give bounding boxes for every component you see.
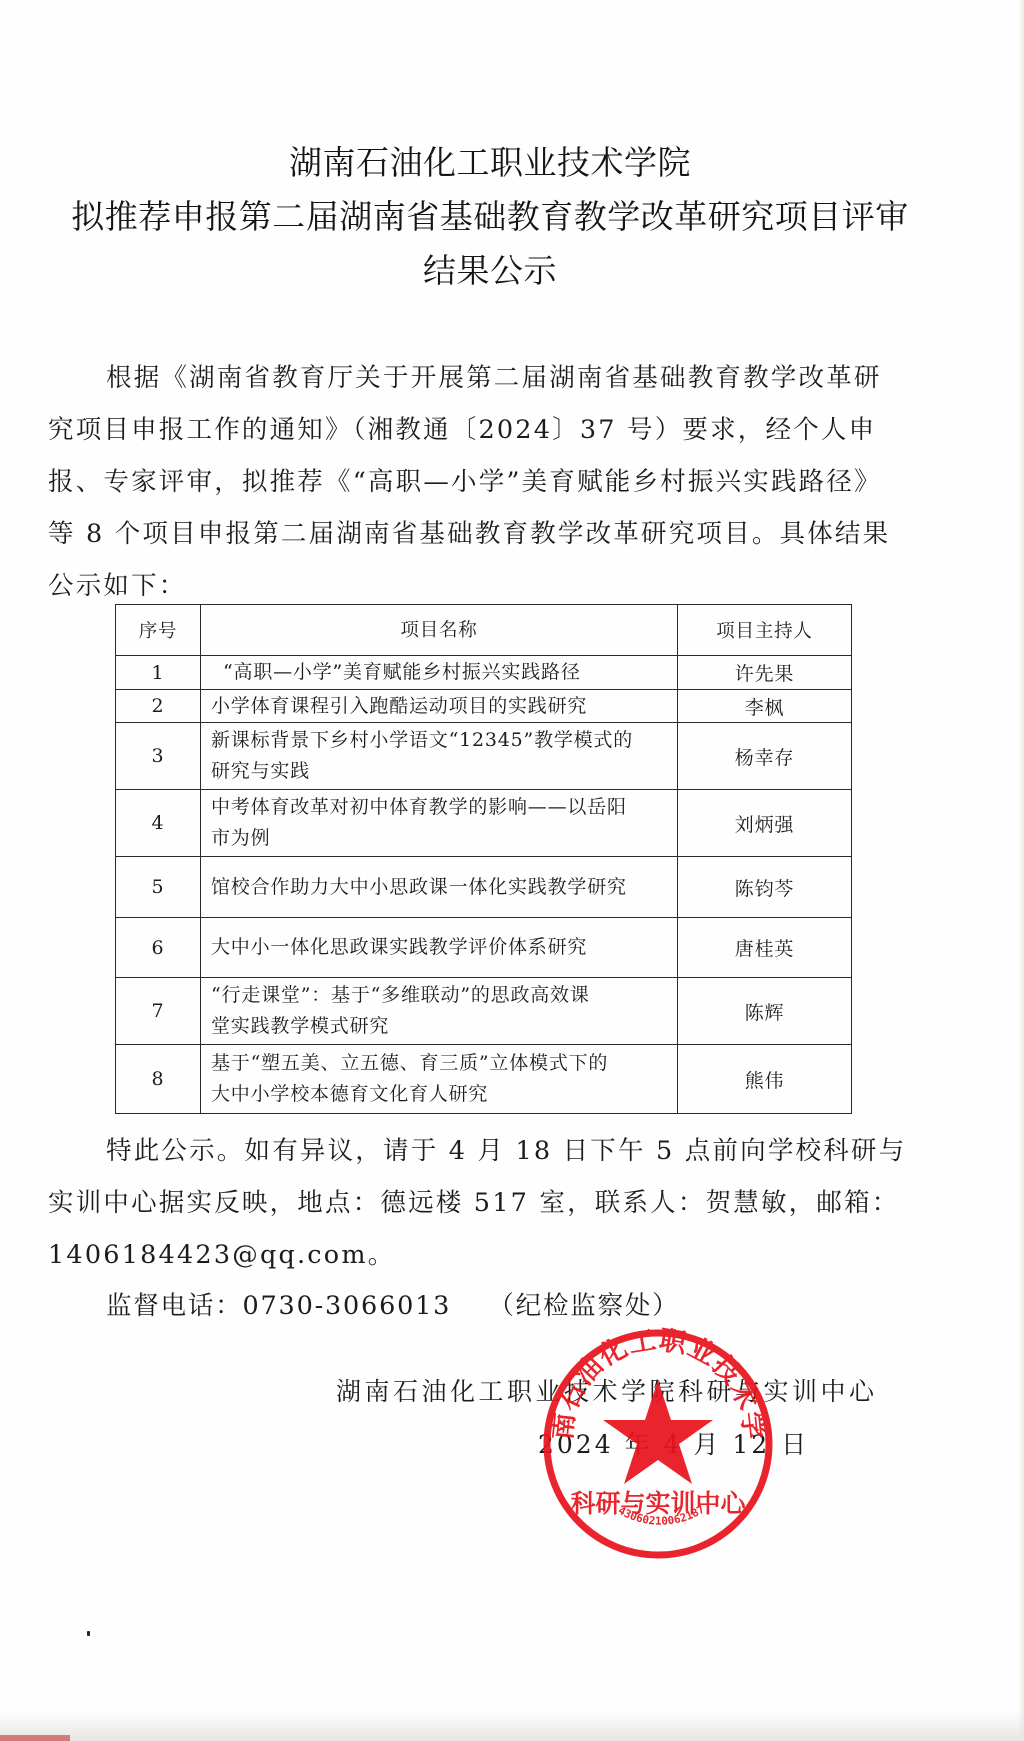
cell-host: 李枫 xyxy=(678,690,852,723)
cell-host: 许先果 xyxy=(678,656,852,690)
cell-host: 杨幸存 xyxy=(678,723,852,790)
cell-project-name: 基于“塑五美、立五德、育三质”立体模式下的大中小学校本德育文化育人研究 xyxy=(201,1045,678,1114)
cell-project-name: “高职—小学”美育赋能乡村振兴实践路径 xyxy=(201,656,678,690)
scan-bottom-mark xyxy=(0,1735,70,1741)
cell-project-name: “行走课堂”：基于“多维联动”的思政高效课堂实践教学模式研究 xyxy=(201,978,678,1045)
signature-org: 湖南石油化工职业技术学院科研与实训中心 xyxy=(336,1372,878,1408)
project-name-line: “行走课堂”：基于“多维联动”的思政高效课 xyxy=(211,984,590,1006)
cell-host: 陈辉 xyxy=(678,978,852,1045)
document-page: 湖南石油化工职业技术学院 拟推荐申报第二届湖南省基础教育教学改革研究项目评审 结… xyxy=(0,0,1024,1741)
cell-no: 1 xyxy=(116,656,201,690)
project-name-line: “高职—小学”美育赋能乡村振兴实践路径 xyxy=(223,661,581,683)
results-table: 序号 项目名称 项目主持人 1 “高职—小学”美育赋能乡村振兴实践路径 许先果 … xyxy=(115,604,852,1114)
title-line-result: 结果公示 xyxy=(0,244,980,298)
scan-edge xyxy=(1018,0,1024,1741)
table-row: 1 “高职—小学”美育赋能乡村振兴实践路径 许先果 xyxy=(116,656,852,690)
closing-line: 特此公示。如有异议，请于 4 月 18 日下午 5 点前向学校科研与 xyxy=(48,1125,928,1177)
cell-project-name: 中考体育改革对初中体育教学的影响——以岳阳市为例 xyxy=(201,790,678,857)
cell-no: 7 xyxy=(116,978,201,1045)
table-row: 6 大中小一体化思政课实践教学评价体系研究 唐桂英 xyxy=(116,918,852,978)
table-row: 8 基于“塑五美、立五德、育三质”立体模式下的大中小学校本德育文化育人研究 熊伟 xyxy=(116,1045,852,1114)
intro-line: 等 8 个项目申报第二届湖南省基础教育教学改革研究项目。具体结果 xyxy=(48,508,928,560)
seal-code: 4306021006218​7 xyxy=(616,1503,707,1528)
intro-line: 报、专家评审，拟推荐《“高职—小学”美育赋能乡村振兴实践路径》 xyxy=(48,456,928,508)
scan-bottom-edge xyxy=(0,1711,1024,1741)
seal-inner-text: 科研与实训中心 xyxy=(570,1489,746,1518)
table-row: 5 馆校合作助力大中小思政课一体化实践教学研究 陈钧芩 xyxy=(116,857,852,918)
closing-paragraph: 特此公示。如有异议，请于 4 月 18 日下午 5 点前向学校科研与 实训中心据… xyxy=(48,1125,928,1281)
project-name-line: 研究与实践 xyxy=(211,760,310,782)
cell-project-name: 小学体育课程引入跑酷运动项目的实践研究 xyxy=(201,690,678,723)
cell-project-name: 新课标背景下乡村小学语文“12345”教学模式的研究与实践 xyxy=(201,723,678,790)
cell-project-name: 大中小一体化思政课实践教学评价体系研究 xyxy=(201,918,678,978)
project-name-line: 基于“塑五美、立五德、育三质”立体模式下的 xyxy=(211,1052,608,1074)
header-host: 项目主持人 xyxy=(678,605,852,656)
cell-host: 熊伟 xyxy=(678,1045,852,1114)
cell-host: 陈钧芩 xyxy=(678,857,852,918)
scan-speck xyxy=(87,1631,90,1636)
table-row: 2 小学体育课程引入跑酷运动项目的实践研究 李枫 xyxy=(116,690,852,723)
table-row: 7 “行走课堂”：基于“多维联动”的思政高效课堂实践教学模式研究 陈辉 xyxy=(116,978,852,1045)
table-row: 4 中考体育改革对初中体育教学的影响——以岳阳市为例 刘炳强 xyxy=(116,790,852,857)
cell-no: 4 xyxy=(116,790,201,857)
signature-date: 2024 年 4 月 12 日 xyxy=(538,1425,809,1461)
project-name-line: 堂实践教学模式研究 xyxy=(211,1015,389,1037)
project-name-line: 小学体育课程引入跑酷运动项目的实践研究 xyxy=(211,695,587,717)
cell-host: 唐桂英 xyxy=(678,918,852,978)
intro-paragraph: 根据《湖南省教育厅关于开展第二届湖南省基础教育教学改革研 究项目申报工作的通知》… xyxy=(48,352,928,612)
project-name-line: 新课标背景下乡村小学语文“12345”教学模式的 xyxy=(211,729,633,751)
email-link[interactable]: 1406184423@qq.com。 xyxy=(48,1229,928,1281)
table-header-row: 序号 项目名称 项目主持人 xyxy=(116,605,852,656)
closing-line: 实训中心据实反映，地点：德远楼 517 室，联系人：贺慧敏，邮箱： xyxy=(48,1177,928,1229)
cell-no: 5 xyxy=(116,857,201,918)
document-title: 湖南石油化工职业技术学院 拟推荐申报第二届湖南省基础教育教学改革研究项目评审 结… xyxy=(0,136,980,298)
header-no: 序号 xyxy=(116,605,201,656)
project-name-line: 大中小一体化思政课实践教学评价体系研究 xyxy=(211,936,587,958)
intro-line: 根据《湖南省教育厅关于开展第二届湖南省基础教育教学改革研 xyxy=(48,352,928,404)
supervision-phone: 监督电话：0730-3066013 （纪检监察处） xyxy=(106,1280,906,1332)
intro-line: 究项目申报工作的通知》（湘教通〔2024〕37 号）要求，经个人申 xyxy=(48,404,928,456)
header-project-name: 项目名称 xyxy=(201,605,678,656)
project-name-line: 市为例 xyxy=(211,827,270,849)
table-row: 3 新课标背景下乡村小学语文“12345”教学模式的研究与实践 杨幸存 xyxy=(116,723,852,790)
project-name-line: 馆校合作助力大中小思政课一体化实践教学研究 xyxy=(211,876,627,898)
title-line-subject: 拟推荐申报第二届湖南省基础教育教学改革研究项目评审 xyxy=(0,190,980,244)
cell-no: 6 xyxy=(116,918,201,978)
cell-no: 8 xyxy=(116,1045,201,1114)
title-line-school: 湖南石油化工职业技术学院 xyxy=(0,136,980,190)
project-name-line: 大中小学校本德育文化育人研究 xyxy=(211,1083,488,1105)
cell-project-name: 馆校合作助力大中小思政课一体化实践教学研究 xyxy=(201,857,678,918)
cell-host: 刘炳强 xyxy=(678,790,852,857)
svg-text:4306021006218​7: 4306021006218​7 xyxy=(616,1503,707,1528)
cell-no: 3 xyxy=(116,723,201,790)
cell-no: 2 xyxy=(116,690,201,723)
project-name-line: 中考体育改革对初中体育教学的影响——以岳阳 xyxy=(211,796,627,818)
